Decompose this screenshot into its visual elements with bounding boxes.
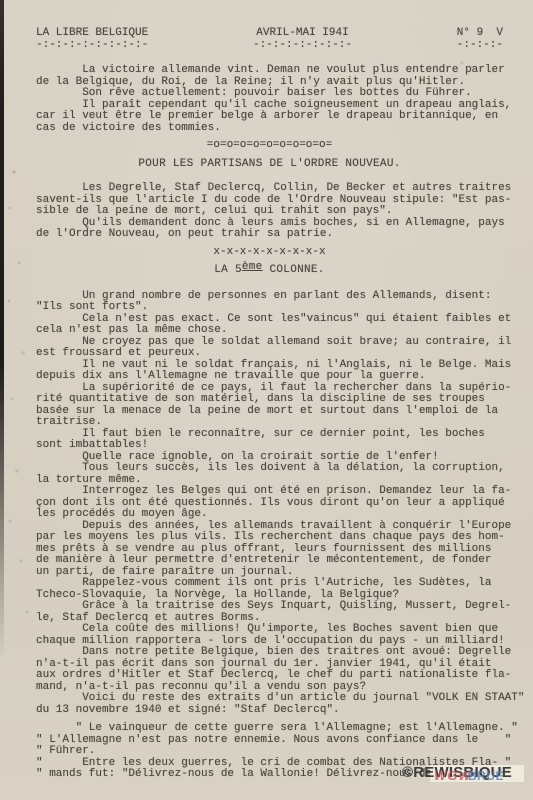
text-line: car il veut être le premier belge à arbo… bbox=[36, 111, 503, 123]
section-heading: POUR LES PARTISANS DE L'ORDRE NOUVEAU. bbox=[36, 159, 503, 171]
text-line: " Le vainqueur de cette guerre sera l'Al… bbox=[36, 723, 503, 735]
paragraph: La victoire allemande vint. Deman ne vou… bbox=[36, 65, 503, 134]
paragraph: Les Degrelle, Staf Declercq, Collin, De … bbox=[36, 183, 503, 241]
text-line: Les Degrelle, Staf Declercq, Collin, De … bbox=[36, 183, 503, 195]
text-line: sont imbattables! bbox=[36, 440, 503, 452]
section-heading-text: POUR LES PARTISANS DE L'ORDRE NOUVEAU. bbox=[36, 159, 503, 171]
text-line: Son rêve actuellement: pouvoir baiser le… bbox=[36, 88, 503, 100]
text-line: traitrise. bbox=[36, 417, 503, 429]
masthead-date-column: AVRIL-MAI I94I -:-:-:-:-:-:-:- bbox=[253, 28, 352, 51]
masthead-title: LA LIBRE BELGIQUE bbox=[36, 28, 148, 40]
text-line: Dans notre petite Belgique, bien des tra… bbox=[36, 647, 503, 659]
ornamental-separator: x-x-x-x-x-x-x-x-x bbox=[36, 247, 503, 259]
text-line: Cela coûte des millions! Qu'importe, les… bbox=[36, 624, 503, 636]
text-line: rité quantitative de son matériel, dans … bbox=[36, 394, 503, 406]
masthead-issue-column: N° 9 V -:-:-:- bbox=[457, 28, 503, 51]
text-line: les procédés du moyen âge. bbox=[36, 509, 503, 521]
separator-glyphs: x-x-x-x-x-x-x-x-x bbox=[36, 247, 503, 259]
watermark-overlay-red: WGW bbox=[434, 768, 472, 783]
text-line: de manière à leur permettre d'entretenir… bbox=[36, 555, 503, 567]
text-line: cela n'est pas la même chose. bbox=[36, 325, 503, 337]
text-line: Interrogez les Belges qui ont été en pri… bbox=[36, 486, 503, 498]
document-body: La victoire allemande vint. Deman ne vou… bbox=[36, 65, 503, 781]
scan-edge-shadow bbox=[0, 0, 4, 660]
section-heading: LA 5ème COLONNE. bbox=[36, 265, 503, 277]
ornamental-separator: =o=o=o=o=o=o=o=o=o= bbox=[36, 140, 503, 152]
text-line: est froussard et peureux. bbox=[36, 348, 503, 360]
section-heading-text: LA 5ème COLONNE. bbox=[36, 265, 503, 277]
heading-suffix: COLONNE. bbox=[263, 264, 325, 276]
paragraph: Un grand nombre de personnes en parlant … bbox=[36, 291, 503, 717]
text-line: " L'Allemagne n'est pas notre ennemie. N… bbox=[36, 735, 503, 747]
text-line: depuis dix ans l'Allemagne ne travaille … bbox=[36, 371, 503, 383]
text-line: Grâce à la traitrise des Seys Inquart, Q… bbox=[36, 601, 503, 613]
heading-superscript: ème bbox=[242, 261, 263, 273]
text-line: basée sur la menace de la peine de mort … bbox=[36, 406, 503, 418]
text-line: Tous leurs succès, ils les doivent à la … bbox=[36, 463, 503, 475]
masthead-title-column: LA LIBRE BELGIQUE -:-:-:-:-:-:-:-:- bbox=[36, 28, 148, 51]
watermark-overlay-blue: BRUE bbox=[468, 769, 504, 783]
masthead-title-underline: -:-:-:-:-:-:-:-:- bbox=[36, 40, 148, 52]
issue-date-underline: -:-:-:-:-:-:-:- bbox=[253, 40, 352, 52]
text-line: Voici du reste des extraits d'un article… bbox=[36, 693, 503, 705]
heading-prefix: LA 5 bbox=[214, 264, 242, 276]
watermark: ©REWISBIQUE WGW BRUE bbox=[402, 764, 527, 786]
text-line: aux ordres d'Hitler et Staf Declercq, le… bbox=[36, 670, 503, 682]
scanned-newspaper-page: LA LIBRE BELGIQUE -:-:-:-:-:-:-:-:- AVRI… bbox=[0, 0, 533, 800]
issue-date: AVRIL-MAI I94I bbox=[253, 28, 352, 40]
masthead: LA LIBRE BELGIQUE -:-:-:-:-:-:-:-:- AVRI… bbox=[36, 28, 503, 51]
issue-number: N° 9 V bbox=[457, 28, 503, 40]
text-line: par les moyens les plus vils. Ils recher… bbox=[36, 532, 503, 544]
text-line: " Führer. bbox=[36, 746, 503, 758]
text-line: de l'Ordre Nouveau, on peut trahir sa pa… bbox=[36, 229, 503, 241]
issue-number-underline: -:-:-:- bbox=[457, 40, 503, 52]
text-line: sible de la peine de mort, celui qui tra… bbox=[36, 206, 503, 218]
text-line: "Ils sont forts". bbox=[36, 302, 503, 314]
text-line: La victoire allemande vint. Deman ne vou… bbox=[36, 65, 503, 77]
text-line: cas de victoire des tommies. bbox=[36, 123, 503, 135]
page-content: LA LIBRE BELGIQUE -:-:-:-:-:-:-:-:- AVRI… bbox=[36, 28, 503, 781]
separator-glyphs: =o=o=o=o=o=o=o=o=o= bbox=[36, 140, 503, 152]
text-line: du 13 novembre 1940 et signé: "Staf Decl… bbox=[36, 705, 503, 717]
text-line: Rappelez-vous comment ils ont pris l'Aut… bbox=[36, 578, 503, 590]
